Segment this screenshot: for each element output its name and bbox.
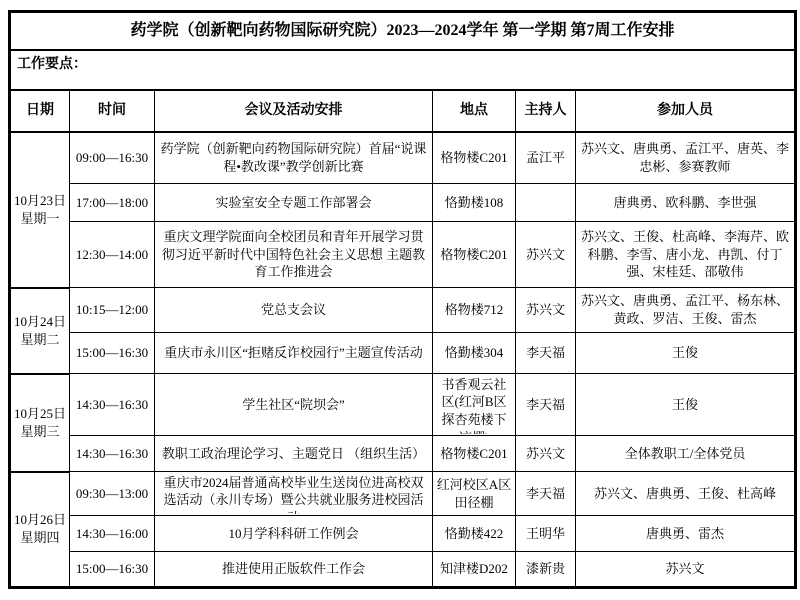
date-cell: 10月26日 星期四 [10, 472, 70, 588]
location-cell: 格物楼C201 [433, 222, 516, 288]
activity-cell: 教职工政治理论学习、主题党日 （组织生活） [155, 436, 433, 472]
time-cell: 09:00—16:30 [70, 132, 155, 184]
column-header-date: 日期 [10, 90, 70, 132]
location-cell: 格物楼712 [433, 288, 516, 333]
table-row: 14:30—16:00 10月学科科研工作例会 恪勤楼422 王明华 唐典勇、雷… [10, 516, 796, 552]
participants-cell: 王俊 [576, 374, 796, 436]
participants-cell: 苏兴文 [576, 552, 796, 588]
time-cell: 17:00—18:00 [70, 184, 155, 222]
participants-cell: 唐典勇、雷杰 [576, 516, 796, 552]
schedule-table: 药学院（创新靶向药物国际研究院）2023—2024学年 第一学期 第7周工作安排… [8, 10, 797, 589]
activity-cell: 重庆市2024届普通高校毕业生送岗位进高校双选活动（永川专场）暨公共就业服务进校… [155, 472, 433, 516]
host-cell: 李天福 [516, 472, 576, 516]
date-cell: 10月25日 星期三 [10, 374, 70, 472]
activity-cell: 重庆文理学院面向全校团员和青年开展学习贯彻习近平新时代中国特色社会主义思想 主题… [155, 222, 433, 288]
location-cell: 恪勤楼108 [433, 184, 516, 222]
activity-text: 重庆市2024届普通高校毕业生送岗位进高校双选活动（永川专场）暨公共就业服务进校… [158, 474, 429, 514]
time-cell: 10:15—12:00 [70, 288, 155, 333]
time-cell: 15:00—16:30 [70, 333, 155, 374]
weekday-text: 星期二 [20, 332, 59, 347]
table-row: 10月25日 星期三 14:30—16:30 学生社区“院坝会” 书香观云社区(… [10, 374, 796, 436]
participants-cell: 苏兴文、唐典勇、孟江平、杨东林、黄政、罗洁、王俊、雷杰 [576, 288, 796, 333]
time-cell: 14:30—16:30 [70, 374, 155, 436]
host-cell: 苏兴文 [516, 288, 576, 333]
activity-cell: 重庆市永川区“拒赌反诈校园行”主题宣传活动 [155, 333, 433, 374]
date-cell: 10月23日 星期一 [10, 132, 70, 288]
table-row: 15:00—16:30 重庆市永川区“拒赌反诈校园行”主题宣传活动 恪勤楼304… [10, 333, 796, 374]
time-cell: 12:30—14:00 [70, 222, 155, 288]
activity-cell: 党总支会议 [155, 288, 433, 333]
location-cell: 格物楼C201 [433, 436, 516, 472]
table-row: 17:00—18:00 实验室安全专题工作部署会 恪勤楼108 唐典勇、欧科鹏、… [10, 184, 796, 222]
host-cell: 李天福 [516, 374, 576, 436]
participants-cell: 王俊 [576, 333, 796, 374]
activity-cell: 10月学科科研工作例会 [155, 516, 433, 552]
host-cell: 孟江平 [516, 132, 576, 184]
page-title: 药学院（创新靶向药物国际研究院）2023—2024学年 第一学期 第7周工作安排 [10, 12, 796, 50]
host-cell: 王明华 [516, 516, 576, 552]
date-text: 10月25日 [14, 406, 66, 421]
date-cell: 10月24日 星期二 [10, 288, 70, 374]
host-cell: 李天福 [516, 333, 576, 374]
table-row: 15:00—16:30 推进使用正版软件工作会 知津楼D202 漆新贵 苏兴文 [10, 552, 796, 588]
notes-label: 工作要点： [10, 50, 796, 90]
host-cell: 苏兴文 [516, 436, 576, 472]
host-cell [516, 184, 576, 222]
participants-cell: 苏兴文、唐典勇、孟江平、唐英、李忠彬、参赛教师 [576, 132, 796, 184]
weekday-text: 星期四 [20, 530, 59, 545]
date-text: 10月23日 [14, 193, 66, 208]
participants-cell: 苏兴文、唐典勇、王俊、杜高峰 [576, 472, 796, 516]
time-cell: 09:30—13:00 [70, 472, 155, 516]
location-cell: 红河校区A区田径棚 [433, 472, 516, 516]
location-cell: 格物楼C201 [433, 132, 516, 184]
location-cell: 知津楼D202 [433, 552, 516, 588]
location-cell: 书香观云社区(红河B区探杏苑楼下凉棚) [433, 374, 516, 436]
column-header-participants: 参加人员 [576, 90, 796, 132]
column-header-time: 时间 [70, 90, 155, 132]
activity-cell: 实验室安全专题工作部署会 [155, 184, 433, 222]
date-text: 10月24日 [14, 314, 66, 329]
time-cell: 14:30—16:30 [70, 436, 155, 472]
column-header-location: 地点 [433, 90, 516, 132]
participants-cell: 唐典勇、欧科鹏、李世强 [576, 184, 796, 222]
location-cell: 恪勤楼422 [433, 516, 516, 552]
activity-cell: 药学院（创新靶向药物国际研究院）首届“说课程•教改课”教学创新比赛 [155, 132, 433, 184]
activity-cell: 推进使用正版软件工作会 [155, 552, 433, 588]
table-row: 14:30—16:30 教职工政治理论学习、主题党日 （组织生活） 格物楼C20… [10, 436, 796, 472]
weekday-text: 星期一 [20, 211, 59, 226]
time-cell: 14:30—16:00 [70, 516, 155, 552]
participants-cell: 苏兴文、王俊、杜高峰、李海芹、欧科鹏、李雪、唐小龙、冉凯、付丁强、宋桂廷、邵敬伟 [576, 222, 796, 288]
location-text: 书香观云社区(红河B区探杏苑楼下凉棚) [436, 376, 512, 434]
location-cell: 恪勤楼304 [433, 333, 516, 374]
host-cell: 漆新贵 [516, 552, 576, 588]
table-row: 10月24日 星期二 10:15—12:00 党总支会议 格物楼712 苏兴文 … [10, 288, 796, 333]
column-header-host: 主持人 [516, 90, 576, 132]
table-row: 10月26日 星期四 09:30—13:00 重庆市2024届普通高校毕业生送岗… [10, 472, 796, 516]
weekday-text: 星期三 [20, 424, 59, 439]
participants-cell: 全体教职工/全体党员 [576, 436, 796, 472]
column-header-activity: 会议及活动安排 [155, 90, 433, 132]
date-text: 10月26日 [14, 512, 66, 527]
time-cell: 15:00—16:30 [70, 552, 155, 588]
table-row: 12:30—14:00 重庆文理学院面向全校团员和青年开展学习贯彻习近平新时代中… [10, 222, 796, 288]
host-cell: 苏兴文 [516, 222, 576, 288]
table-row: 10月23日 星期一 09:00—16:30 药学院（创新靶向药物国际研究院）首… [10, 132, 796, 184]
activity-cell: 学生社区“院坝会” [155, 374, 433, 436]
